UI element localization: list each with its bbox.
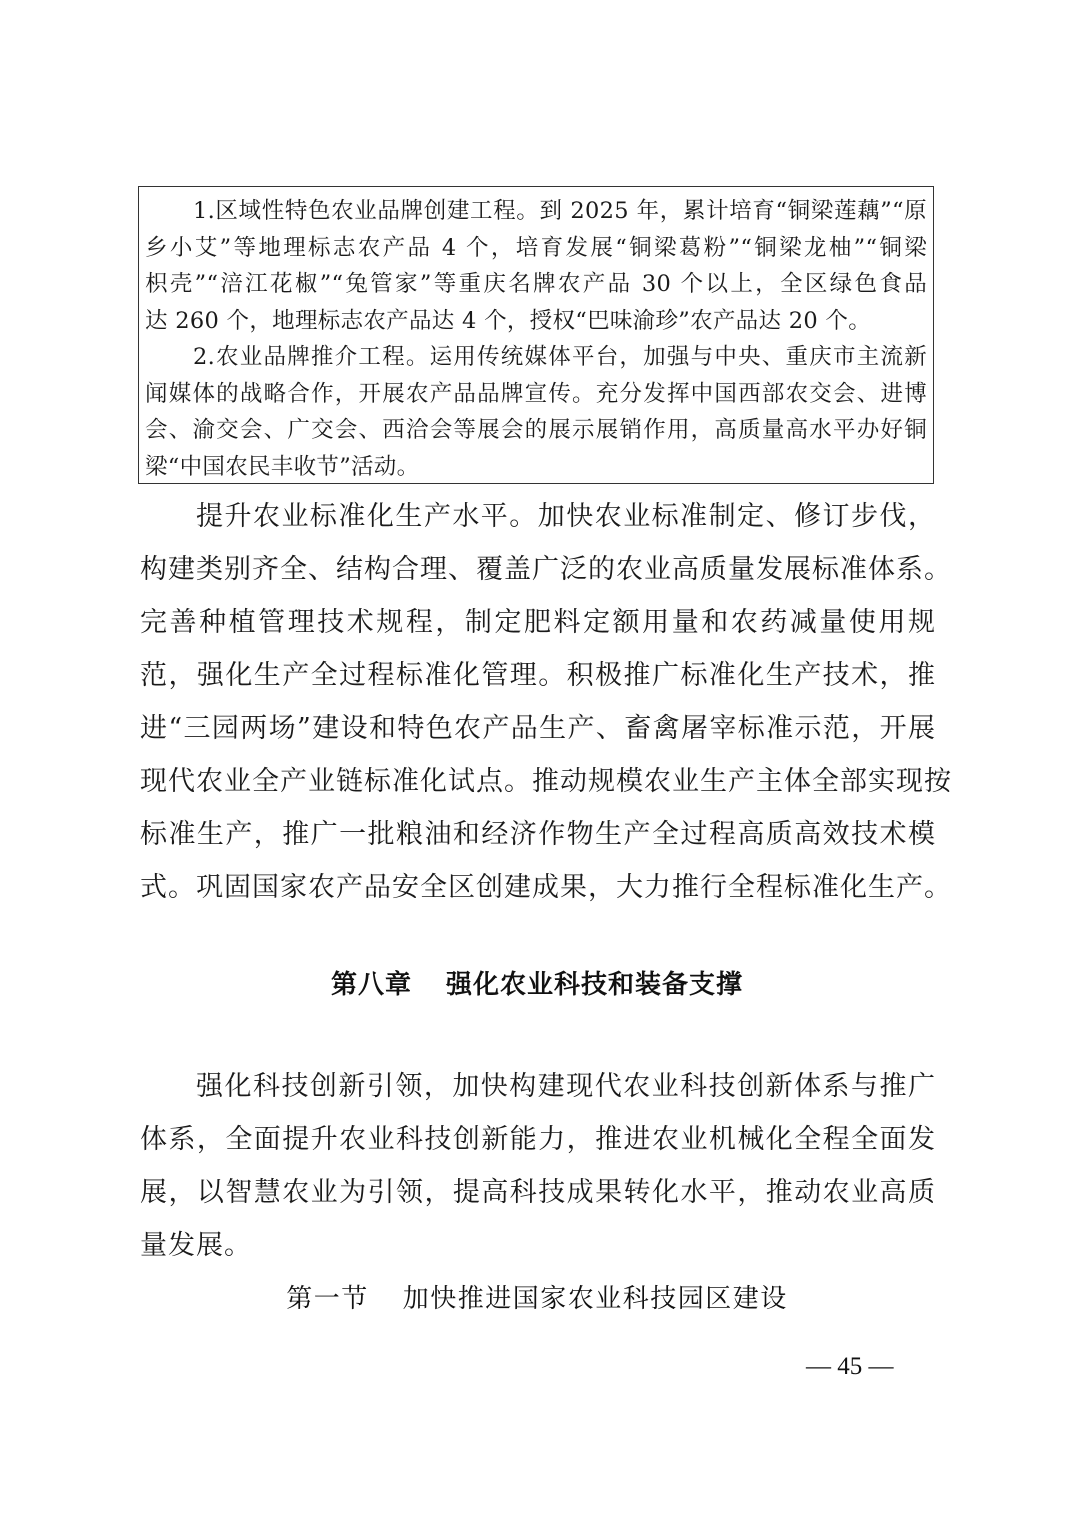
paragraph-line: 现代农业全产业链标准化试点。推动规模农业生产主体全部实现按: [140, 755, 936, 808]
box-line: 乡小艾”等地理标志农产品 4 个，培育发展“铜梁葛粉”“铜梁龙柚”“铜梁: [145, 230, 927, 267]
box-line: 会、渝交会、广交会、西洽会等展会的展示展销作用，高质量高水平办好铜: [145, 412, 927, 449]
paragraph-line: 提升农业标准化生产水平。加快农业标准制定、修订步伐，: [140, 490, 936, 543]
paragraph-line: 构建类别齐全、结构合理、覆盖广泛的农业高质量发展标准体系。: [140, 543, 936, 596]
box-line: 达 260 个，地理标志农产品达 4 个，授权“巴味渝珍”农产品达 20 个。: [145, 303, 927, 340]
section-number: 第一节: [286, 1284, 369, 1314]
chapter-number: 第八章: [331, 970, 412, 1000]
box-line: 枳壳”“涪江花椒”“兔管家”等重庆名牌农产品 30 个以上，全区绿色食品: [145, 266, 927, 303]
paragraph-line: 进“三园两场”建设和特色农产品生产、畜禽屠宰标准示范，开展: [140, 702, 936, 755]
box-line: 梁“中国农民丰收节”活动。: [145, 449, 927, 486]
paragraph-line: 范，强化生产全过程标准化管理。积极推广标准化生产技术，推: [140, 649, 936, 702]
document-page: 1.区域性特色农业品牌创建工程。到 2025 年，累计培育“铜梁莲藕”“原 乡小…: [0, 0, 1074, 1520]
paragraph-line: 完善种植管理技术规程，制定肥料定额用量和农药减量使用规: [140, 596, 936, 649]
paragraph-chapter-intro: 强化科技创新引领，加快构建现代农业科技创新体系与推广 体系，全面提升农业科技创新…: [140, 1060, 936, 1272]
paragraph-line: 强化科技创新引领，加快构建现代农业科技创新体系与推广: [140, 1060, 936, 1113]
paragraph-line: 体系，全面提升农业科技创新能力，推进农业机械化全程全面发: [140, 1113, 936, 1166]
page-number: — 45 —: [806, 1353, 894, 1381]
chapter-title: 强化农业科技和装备支撑: [446, 970, 743, 1000]
section-title: 加快推进国家农业科技园区建设: [403, 1284, 788, 1314]
chapter-heading: 第八章强化农业科技和装备支撑: [0, 964, 1074, 1001]
box-line: 闻媒体的战略合作，开展农产品品牌宣传。充分发挥中国西部农交会、进博: [145, 376, 927, 413]
paragraph-standardization: 提升农业标准化生产水平。加快农业标准制定、修订步伐， 构建类别齐全、结构合理、覆…: [140, 490, 936, 914]
paragraph-line: 量发展。: [140, 1219, 936, 1272]
boxed-projects-panel: 1.区域性特色农业品牌创建工程。到 2025 年，累计培育“铜梁莲藕”“原 乡小…: [138, 186, 934, 484]
box-line: 2.农业品牌推介工程。运用传统媒体平台，加强与中央、重庆市主流新: [145, 339, 927, 376]
paragraph-line: 标准生产，推广一批粮油和经济作物生产全过程高质高效技术模: [140, 808, 936, 861]
section-heading: 第一节加快推进国家农业科技园区建设: [0, 1278, 1074, 1315]
paragraph-line: 式。巩固国家农产品安全区创建成果，大力推行全程标准化生产。: [140, 861, 936, 914]
paragraph-line: 展，以智慧农业为引领，提高科技成果转化水平，推动农业高质: [140, 1166, 936, 1219]
box-line: 1.区域性特色农业品牌创建工程。到 2025 年，累计培育“铜梁莲藕”“原: [145, 193, 927, 230]
